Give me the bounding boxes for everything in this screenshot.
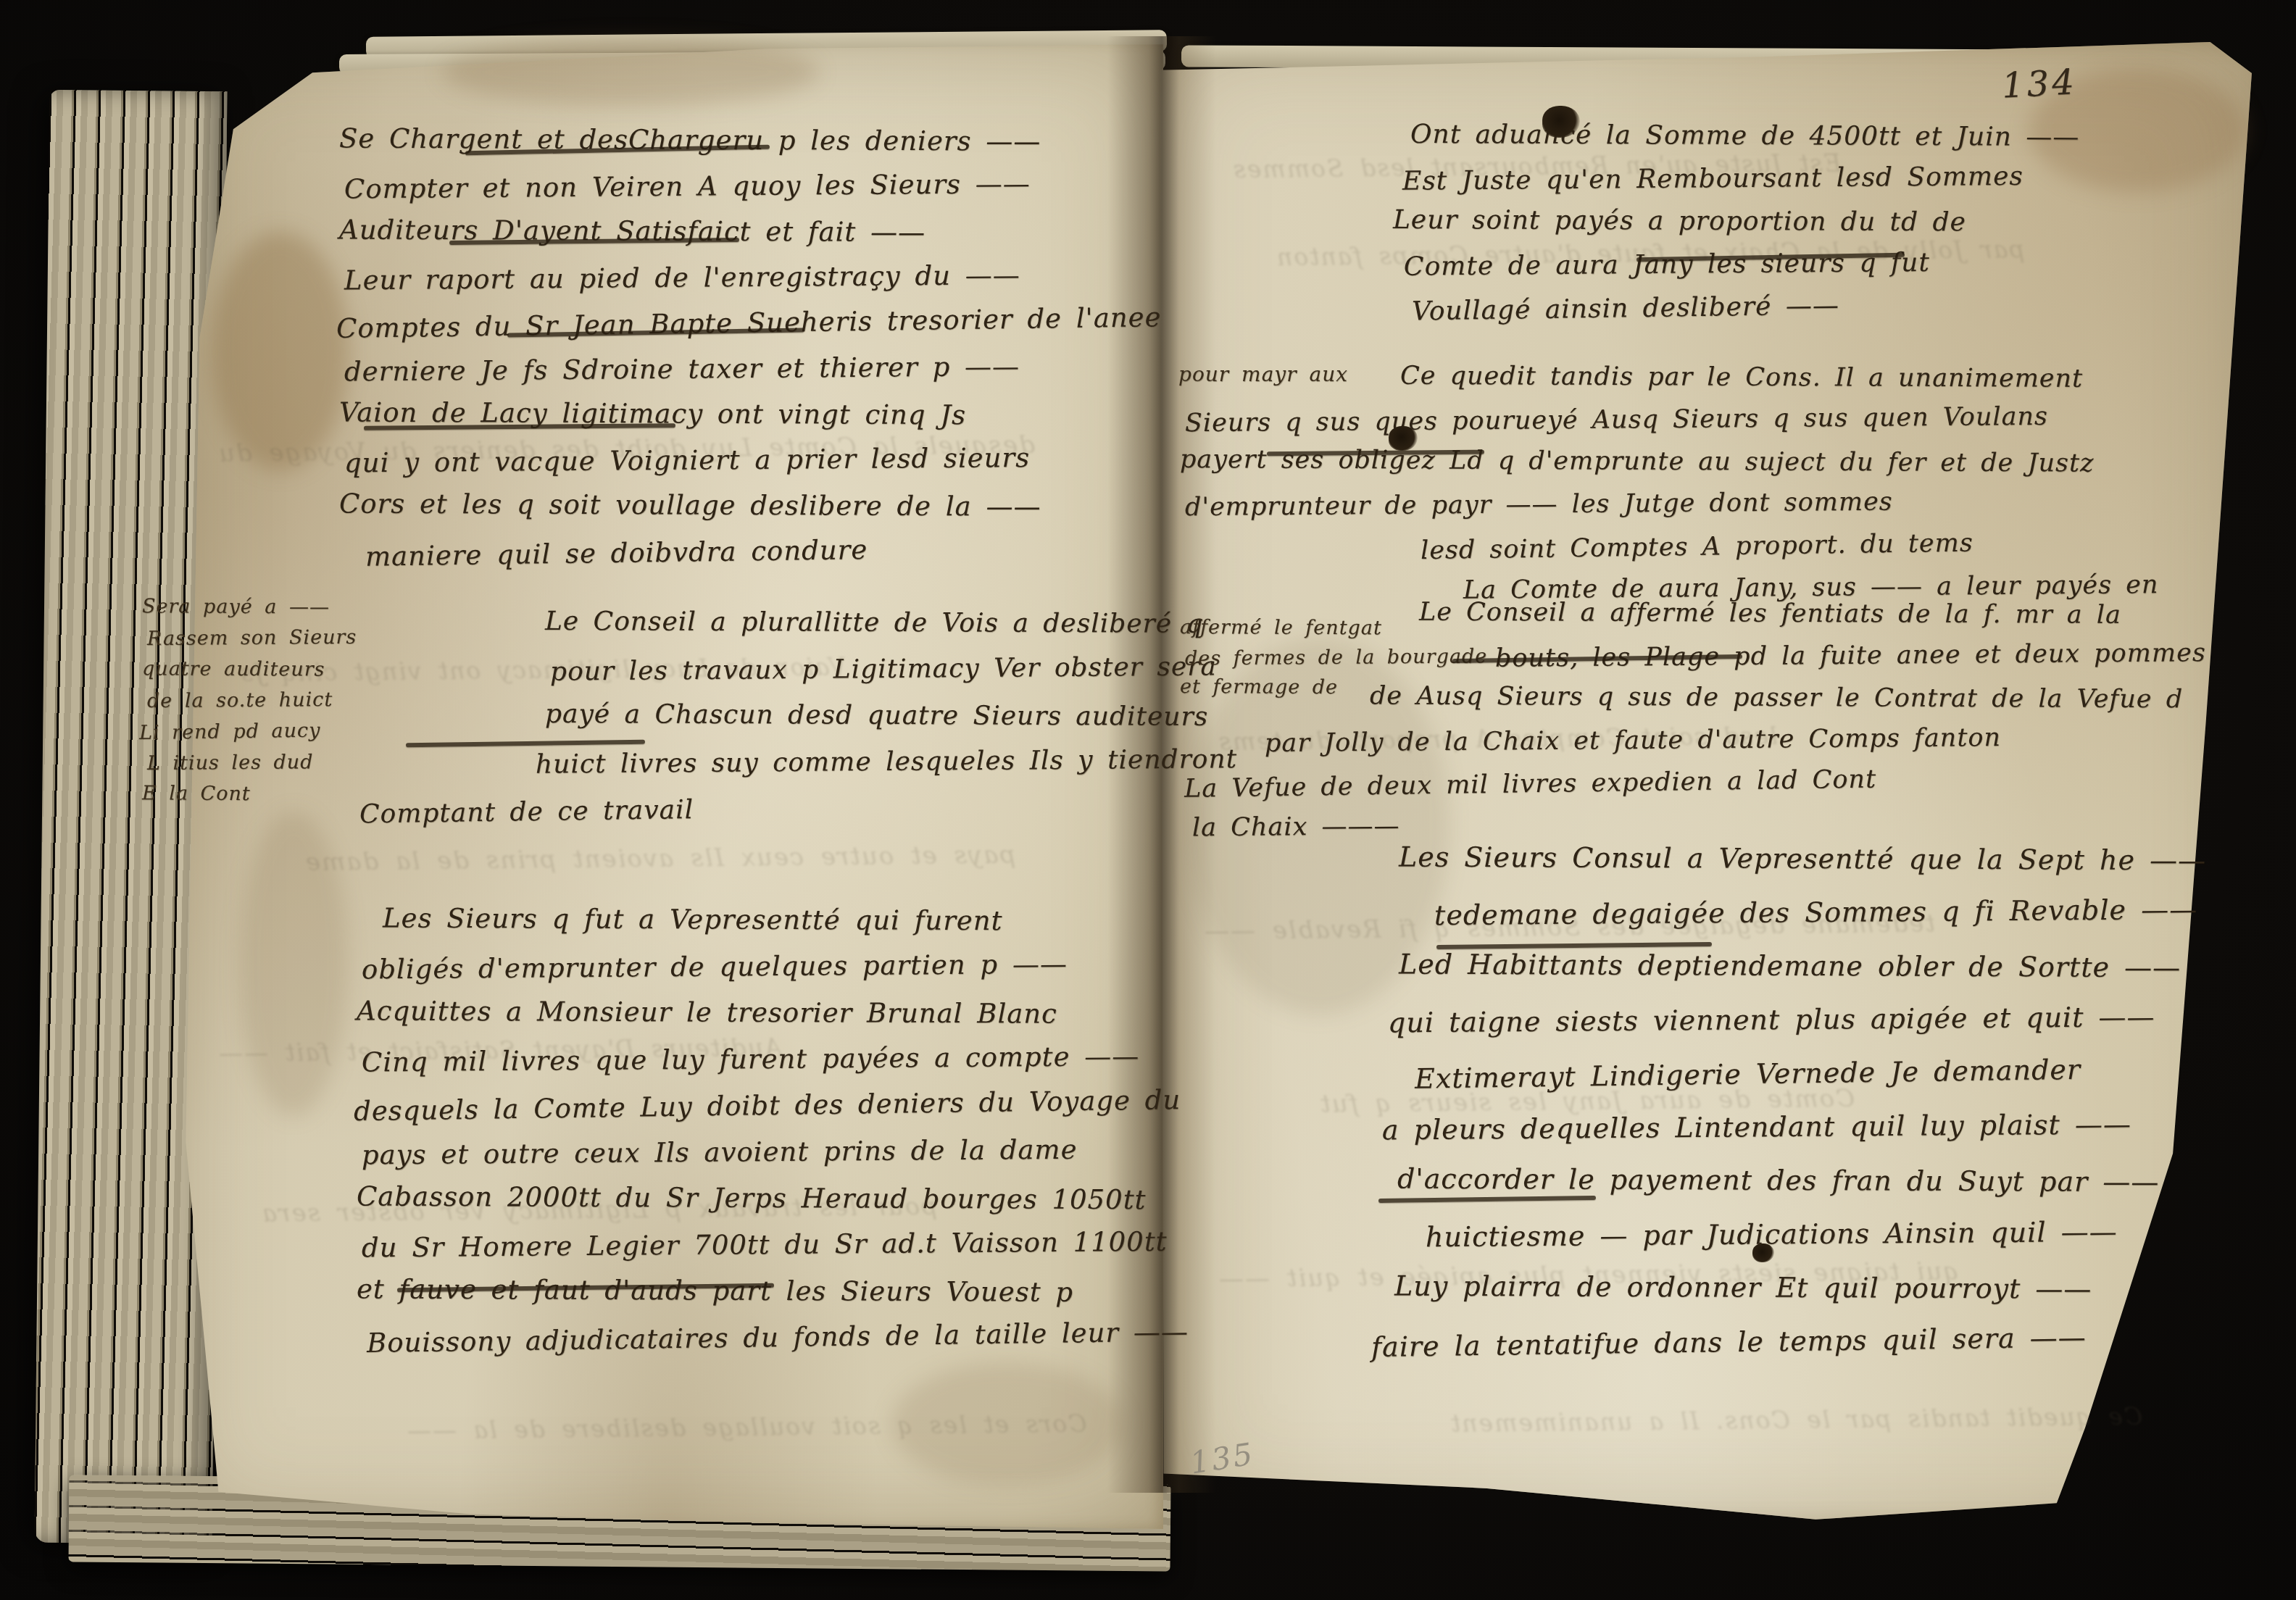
text-line: a pleurs dequelles Lintendant quil luy p…	[1382, 1096, 2212, 1157]
text-line: Le Conseil a affermé les fentiats de la …	[1419, 591, 2201, 637]
left-page-paragraph-3: Les Sieurs q fut a Vepresentté qui furen…	[357, 897, 1191, 1361]
text-line: Sera payé a ——	[142, 591, 352, 622]
text-line: derniere Je fs Sdroine taxer et thierer …	[344, 342, 1170, 394]
text-line: Li rend pd aucy	[139, 714, 349, 749]
text-line: Leur soint payés a proportion du td de	[1393, 199, 2080, 244]
text-line: Ce quedit tandis par le Cons. Il a unani…	[1400, 355, 2154, 401]
text-line: L itius les dud	[147, 746, 357, 779]
text-line: du Sr Homere Legier 700tt du Sr ad.t Vai…	[362, 1218, 1197, 1271]
left-page-margin-note: Sera payé a —— Rassem son Sieurs quatre …	[142, 591, 352, 809]
text-line: qui y ont vacque Voigniert a prier lesd …	[344, 433, 1170, 486]
right-page-paragraph-2: Ce quedit tandis par le Cons. Il a unani…	[1180, 357, 2153, 609]
text-line: Comte de aura Jany les sieurs q fut	[1404, 240, 2085, 288]
right-page-paragraph-1: Ont aduancé la Somme de 4500tt et Juin —…	[1410, 114, 2079, 328]
right-page-paragraph-3: Le Conseil a affermé les fentiats de la …	[1180, 593, 2201, 845]
text-line: Extimerayt Lindigerie Vernede Je demande…	[1415, 1041, 2204, 1105]
text-line: lesd soint Comptes A proport. du tems	[1421, 520, 2151, 572]
text-line: Les Sieurs q fut a Vepresentté qui furen…	[383, 896, 1191, 946]
text-line: payert ses obligez Ld q d'emprunte au su…	[1180, 438, 2154, 485]
text-line: payé a Chascun desd quatre Sieurs audite…	[545, 691, 1232, 741]
left-page-paragraph-2: Le Conseil a plurallitte de Vois a desli…	[545, 600, 1232, 832]
text-line: Bouissony adjudicataires du fonds de la …	[367, 1309, 1189, 1367]
text-line: et fauve et faut d'auds part les Sieurs …	[357, 1266, 1191, 1316]
left-page-paragraph-1: Se Chargent et desChargeru p les deniers…	[339, 117, 1164, 574]
text-line: Cabasson 2000tt du Sr Jerps Heraud bourg…	[357, 1173, 1191, 1223]
text-line: Voullagé ainsin desliberé ——	[1412, 281, 2077, 333]
text-line: Se Chargent et desChargeru p les deniers…	[339, 116, 1165, 165]
text-line: Ont aduancé la Somme de 4500tt et Juin —…	[1410, 113, 2080, 159]
folio-number-ink: 134	[2001, 62, 2078, 106]
text-line: tedemane degaigée des Sommes q fi Revabl…	[1434, 883, 2212, 942]
text-line: Les Sieurs Consul a Vepresentté que la S…	[1399, 830, 2206, 888]
text-line: huictiesme — par Judications Ainsin quil…	[1426, 1204, 2212, 1264]
text-line: Luy plairra de ordonner Et quil pourroyt…	[1394, 1259, 2206, 1317]
text-line: Auditeurs D'ayent Satisfaict et fait ——	[339, 207, 1165, 257]
text-line: de la so.te huict	[147, 684, 357, 717]
text-line: qui taigne siests viennent plus apigée e…	[1388, 989, 2212, 1049]
text-line: pays et outre ceux Ils avoient prins de …	[362, 1125, 1197, 1178]
text-line: Vaion de Lacy ligitimacy ont vingt cinq …	[339, 390, 1165, 439]
text-line: obligés d'emprunter de quelques partien …	[362, 940, 1197, 993]
manuscript-photo: desquels la Comte Luy doibt des deniers …	[0, 0, 2296, 1600]
text-line: E la Cont	[142, 778, 352, 809]
text-line: Acquittes a Monsieur le tresorier Brunal…	[357, 988, 1191, 1038]
text-line: pour les travaux p Ligitimacy Ver obster…	[550, 643, 1238, 695]
text-line: maniere quil se doibvdra condure	[365, 522, 1162, 579]
text-line: Rassem son Sieurs	[147, 622, 357, 654]
text-line: Compter et non Veiren A quoy les Sieurs …	[344, 159, 1170, 212]
text-line: Cors et les q soit voullage deslibere de…	[339, 481, 1165, 530]
text-line: quatre auditeurs	[142, 653, 352, 685]
text-line: Sieurs q sus ques pourueyé Ausq Sieurs q…	[1185, 395, 2159, 445]
text-line: Le Conseil a plurallitte de Vois a desli…	[545, 599, 1232, 648]
text-line: faire la tentatifue dans le temps quil s…	[1371, 1309, 2204, 1374]
text-line: Est Juste qu'en Remboursant lesd Sommes	[1402, 154, 2085, 202]
right-page-paragraph-4: Les Sieurs Consul a Vepresentté que la S…	[1399, 832, 2206, 1368]
text-line: de Ausq Sieurs q sus de passer le Contra…	[1370, 675, 2201, 720]
